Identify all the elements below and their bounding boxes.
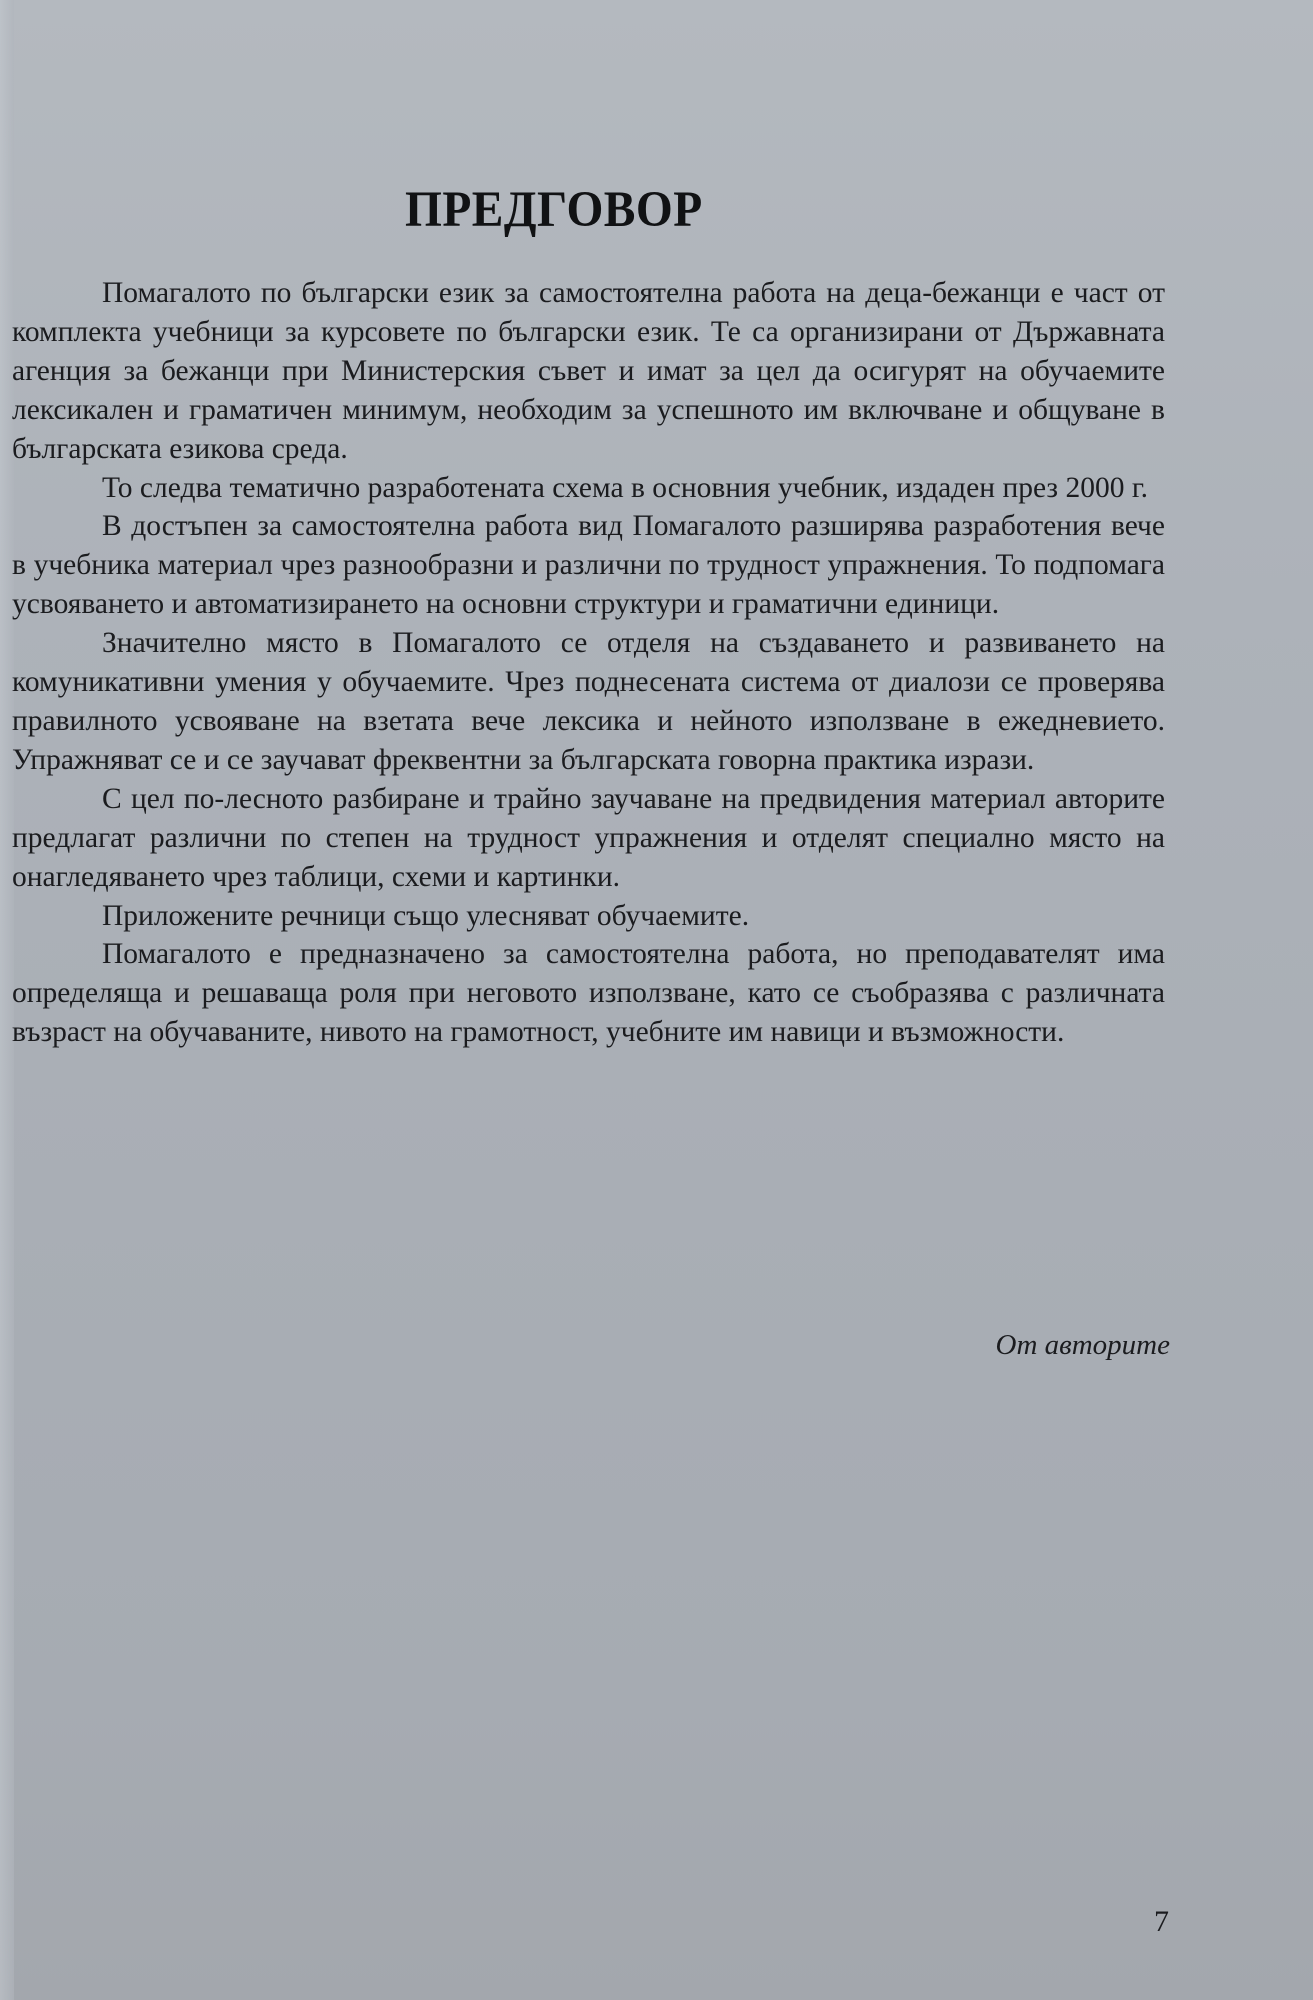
paragraph-dictionaries: Приложените речници също улесняват обуча… (12, 897, 1165, 936)
paragraph-intro: Помагалото по български език за самостоя… (12, 274, 1165, 469)
paragraph-visual-aids: С цел по-лесното разбиране и трайно зауч… (12, 780, 1165, 897)
page-title: ПРЕДГОВОР (405, 180, 703, 240)
preface-body: Помагалото по български език за самостоя… (12, 274, 1165, 1052)
paragraph-exercises: В достъпен за самостоятелна работа вид П… (12, 507, 1165, 624)
page-number: 7 (1154, 1902, 1169, 1942)
paragraph-communication: Значително място в Помагалото се отделя … (12, 624, 1165, 780)
book-page: ПРЕДГОВОР Помагалото по български език з… (0, 0, 1313, 2000)
paragraph-teacher-role: Помагалото е предназначено за самостояте… (12, 935, 1165, 1052)
authors-signature: От авторите (996, 1325, 1170, 1365)
paragraph-scheme: То следва тематично разработената схема … (12, 469, 1165, 508)
